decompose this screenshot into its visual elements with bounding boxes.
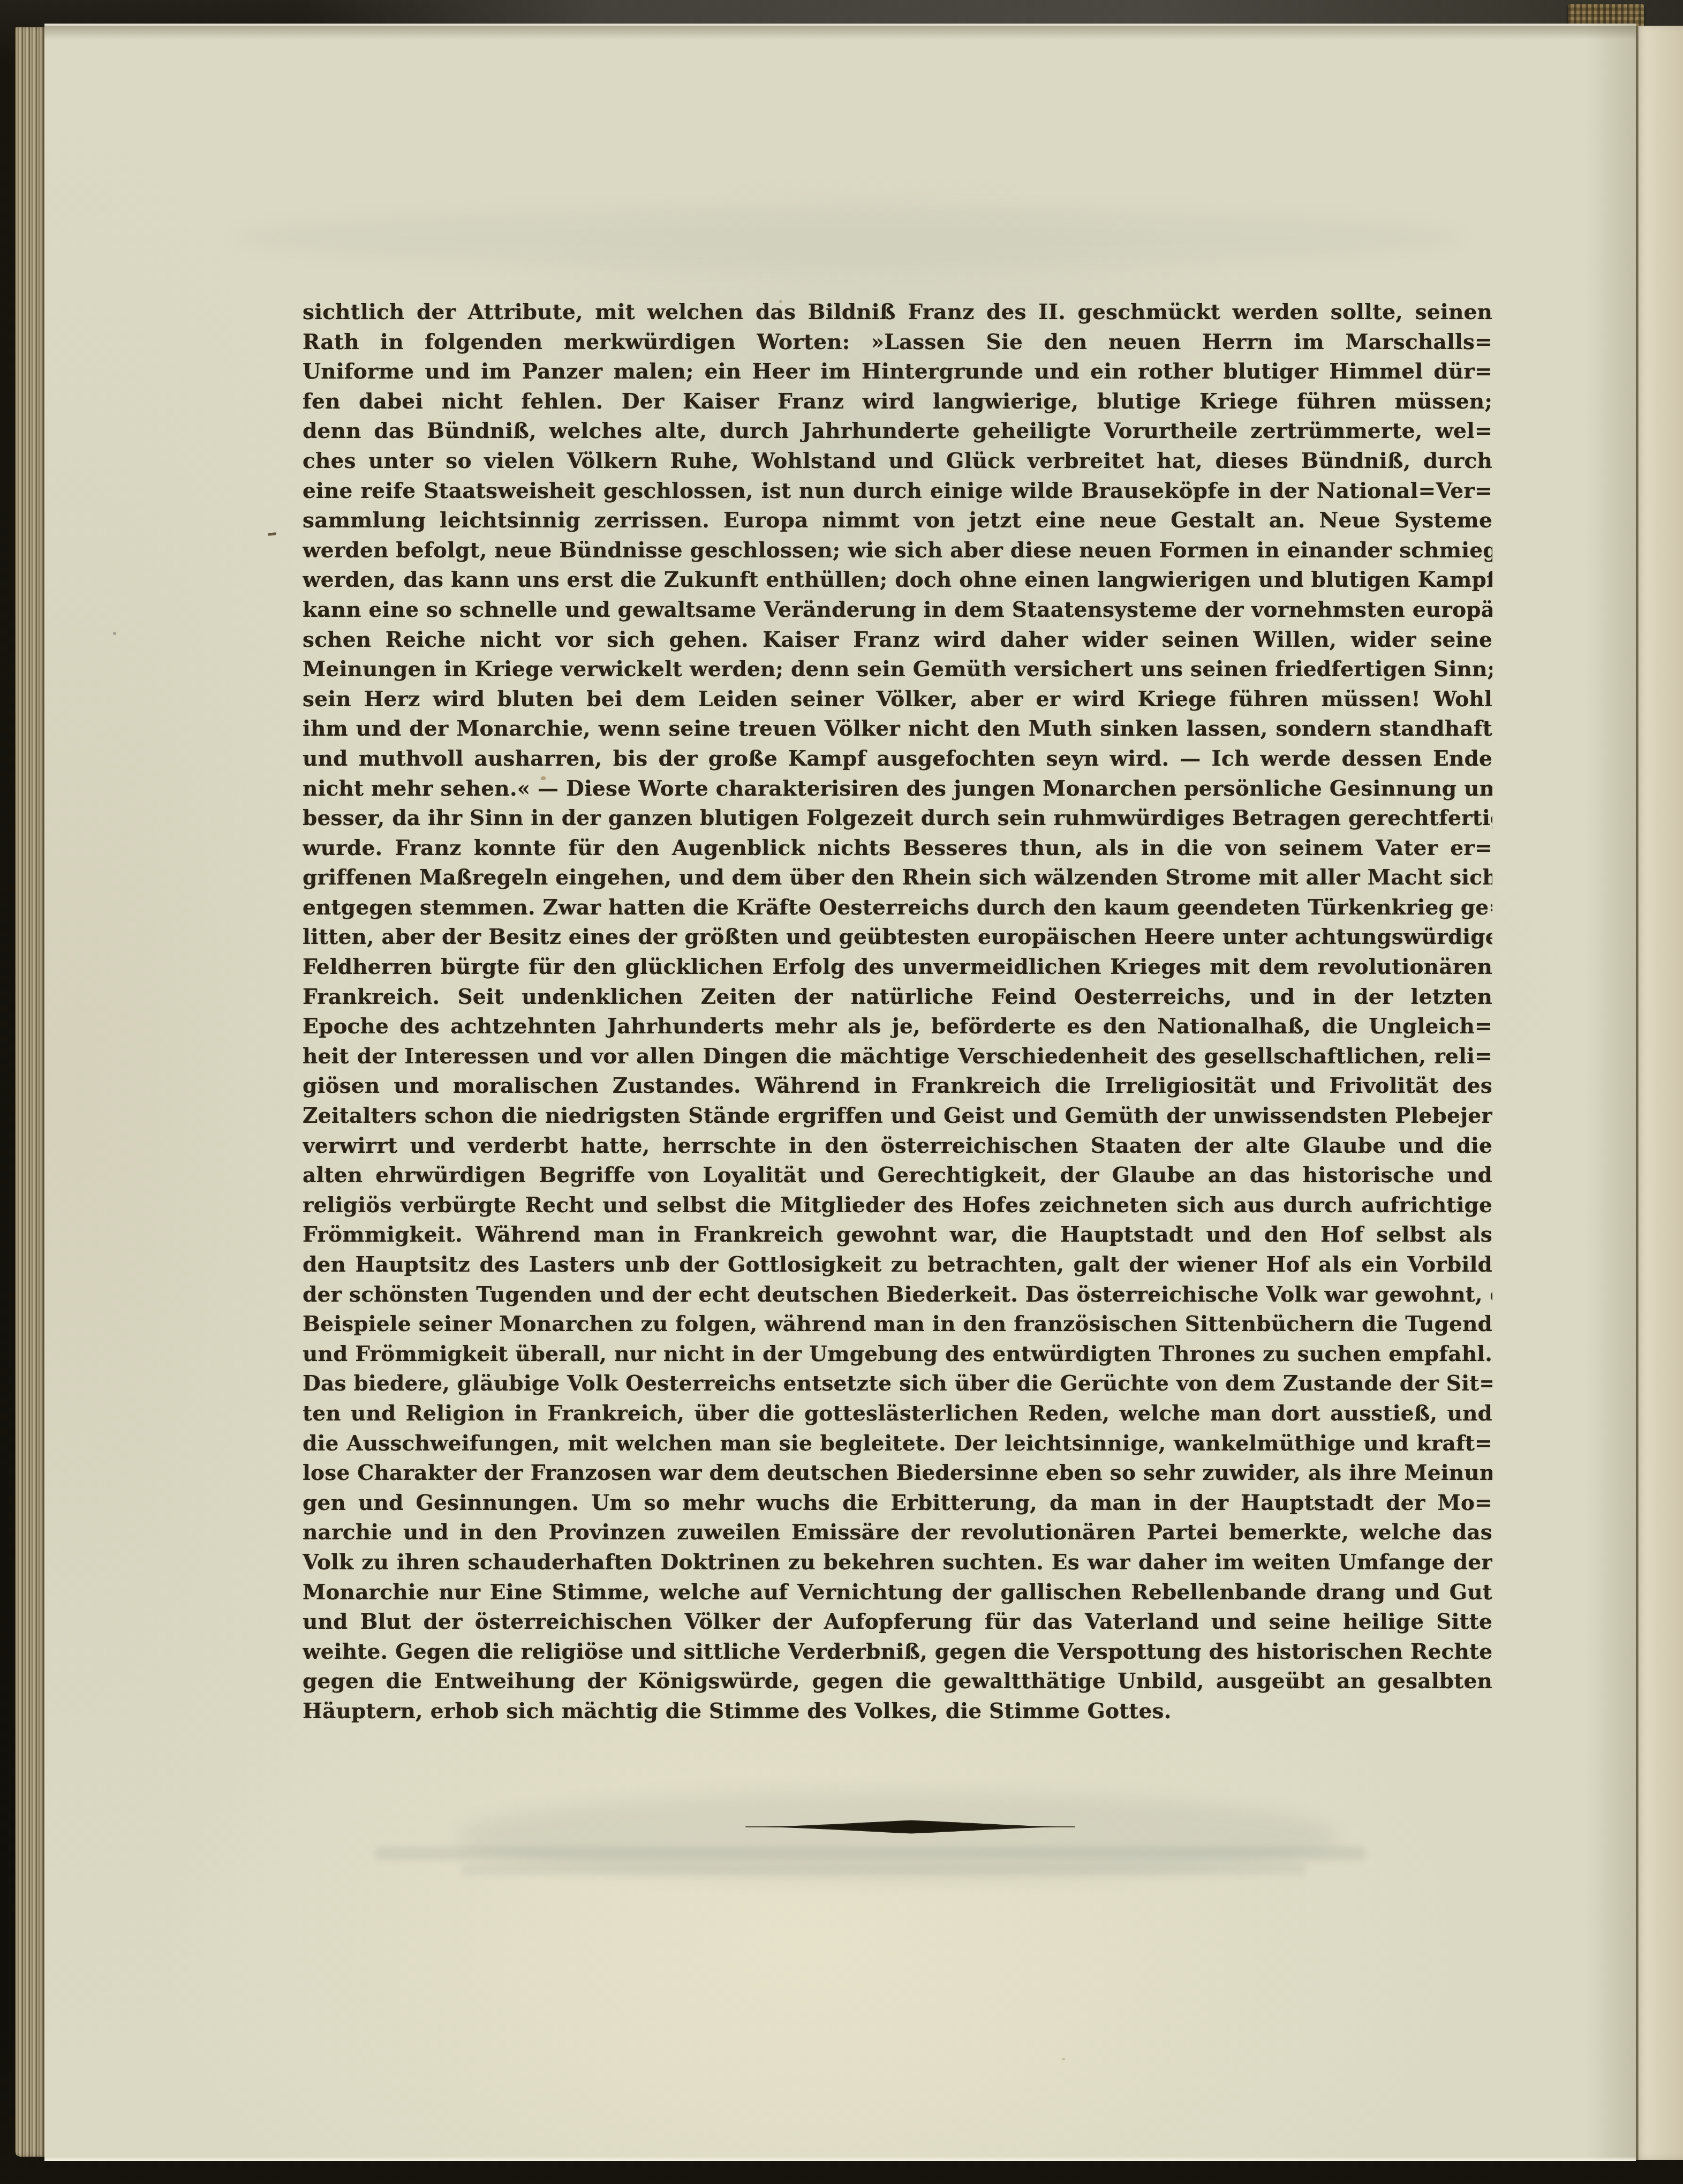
text-line: Beispiele seiner Monarchen zu folgen, wä… <box>303 1310 1492 1340</box>
text-line: Das biedere, gläubige Volk Oesterreichs … <box>303 1369 1492 1399</box>
text-line: Häuptern, erhob sich mächtig die Stimme … <box>303 1697 1492 1727</box>
book-page: sichtlich der Attribute, mit welchen das… <box>15 24 1683 2161</box>
text-line: den Hauptsitz des Lasters unb der Gottlo… <box>303 1250 1492 1280</box>
text-line: der schönsten Tugenden und der echt deut… <box>303 1280 1492 1310</box>
gutter-fold <box>1636 26 1683 2160</box>
text-line: griffenen Maßregeln eingehen, und dem üb… <box>303 863 1492 893</box>
book-photo: sichtlich der Attribute, mit welchen das… <box>0 0 1683 2184</box>
page-surface: sichtlich der Attribute, mit welchen das… <box>44 24 1636 2161</box>
text-line: die Ausschweifungen, mit welchen man sie… <box>303 1429 1492 1459</box>
text-line: lose Charakter der Franzosen war dem deu… <box>303 1458 1492 1488</box>
text-line: entgegen stemmen. Zwar hatten die Kräfte… <box>303 893 1492 923</box>
text-line: ten und Religion in Frankreich, über die… <box>303 1399 1492 1429</box>
paper-speck <box>366 1416 368 1418</box>
text-line: Uniforme und im Panzer malen; ein Heer i… <box>303 357 1492 387</box>
page-edge-stack <box>15 27 44 2157</box>
text-line: fen dabei nicht fehlen. Der Kaiser Franz… <box>303 387 1492 417</box>
text-line: denn das Bündniß, welches alte, durch Ja… <box>303 417 1492 447</box>
text-line: ihm und der Monarchie, wenn seine treuen… <box>303 714 1492 744</box>
text-line: ches unter so vielen Völkern Ruhe, Wohls… <box>303 447 1492 477</box>
text-line: verwirrt und verderbt hatte, herrschte i… <box>303 1131 1492 1161</box>
text-line: sichtlich der Attribute, mit welchen das… <box>303 298 1492 328</box>
text-line: werden, das kann uns erst die Zukunft en… <box>303 565 1492 595</box>
text-line: besser, da ihr Sinn in der ganzen blutig… <box>303 804 1492 834</box>
text-line: Frömmigkeit. Während man in Frankreich g… <box>303 1220 1492 1250</box>
text-line: gegen die Entweihung der Königswürde, ge… <box>303 1667 1492 1697</box>
text-line: Meinungen in Kriege verwickelt werden; d… <box>303 655 1492 685</box>
page-top-edge-highlight <box>44 24 1636 26</box>
text-line: Feldherren bürgte für den glücklichen Er… <box>303 953 1492 983</box>
text-line: Zeitalters schon die niedrigsten Stände … <box>303 1101 1492 1131</box>
paper-speck <box>541 776 546 780</box>
paper-speck <box>779 300 782 303</box>
page-bottom-edge-highlight <box>44 2157 1636 2161</box>
text-line: schen Reiche nicht vor sich gehen. Kaise… <box>303 625 1492 655</box>
text-line: sammlung leichtsinnig zerrissen. Europa … <box>303 506 1492 536</box>
text-line: Monarchie nur Eine Stimme, welche auf Ve… <box>303 1578 1492 1608</box>
showthrough-cloud <box>232 206 1463 270</box>
text-line: gen und Gesinnungen. Um so mehr wuchs di… <box>303 1488 1492 1518</box>
ink-mark <box>268 532 277 536</box>
paper-speck <box>113 632 116 635</box>
page-text-block: sichtlich der Attribute, mit welchen das… <box>303 298 1492 1727</box>
text-line: und Blut der österreichischen Völker der… <box>303 1607 1492 1637</box>
showthrough-line <box>375 1846 1365 1860</box>
text-line: Epoche des achtzehnten Jahrhunderts mehr… <box>303 1012 1492 1042</box>
text-line: wurde. Franz konnte für den Augenblick n… <box>303 834 1492 864</box>
text-line: kann eine so schnelle und gewaltsame Ver… <box>303 595 1492 625</box>
text-line: weihte. Gegen die religiöse und sittlich… <box>303 1637 1492 1667</box>
text-line: religiös verbürgte Recht und selbst die … <box>303 1191 1492 1221</box>
text-line: giösen und moralischen Zustandes. Währen… <box>303 1071 1492 1101</box>
divider-ornament <box>744 1817 1076 1837</box>
gutter-fold-shadow <box>1585 24 1636 2161</box>
text-line: heit der Interessen und vor allen Dingen… <box>303 1042 1492 1072</box>
text-line: eine reife Staatsweisheit geschlossen, i… <box>303 477 1492 507</box>
showthrough-line <box>461 1863 1307 1875</box>
text-line: nicht mehr sehen.« — Diese Worte charakt… <box>303 774 1492 804</box>
text-line: Rath in folgenden merkwürdigen Worten: »… <box>303 328 1492 358</box>
text-line: und muthvoll ausharren, bis der große Ka… <box>303 744 1492 774</box>
paper-speck <box>1276 934 1280 936</box>
text-line: Frankreich. Seit undenklichen Zeiten der… <box>303 983 1492 1012</box>
text-line: und Frömmigkeit überall, nur nicht in de… <box>303 1340 1492 1370</box>
text-line: werden befolgt, neue Bündnisse geschloss… <box>303 536 1492 566</box>
text-line: Volk zu ihren schauderhaften Doktrinen z… <box>303 1548 1492 1578</box>
text-line: alten ehrwürdigen Begriffe von Loyalität… <box>303 1161 1492 1191</box>
paper-speck <box>1062 2058 1065 2060</box>
page-top-shadow <box>44 24 1636 40</box>
text-line: litten, aber der Besitz eines der größte… <box>303 923 1492 953</box>
text-line: narchie und in den Provinzen zuweilen Em… <box>303 1518 1492 1548</box>
backdrop-top-band <box>300 0 1683 27</box>
text-line: sein Herz wird bluten bei dem Leiden sei… <box>303 685 1492 715</box>
